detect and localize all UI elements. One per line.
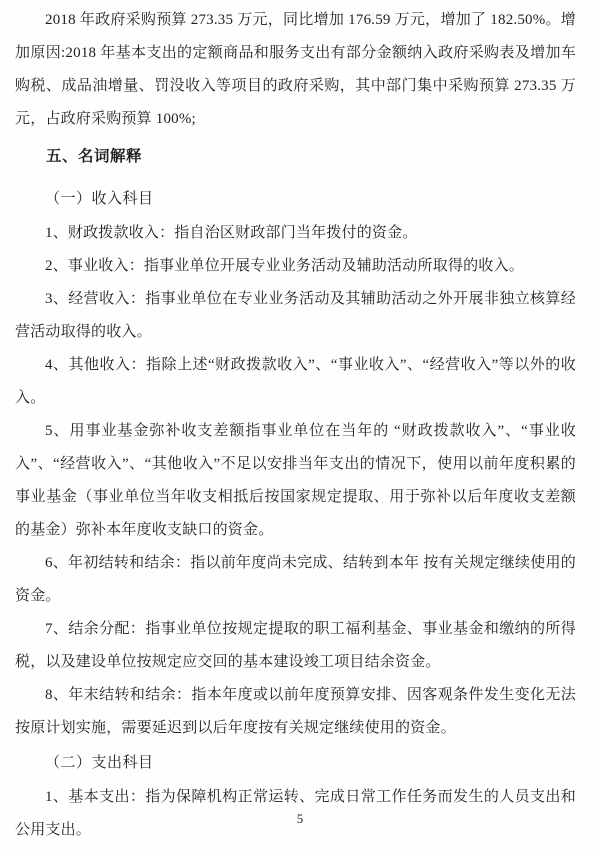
document-content: 2018 年政府采购预算 273.35 万元，同比增加 176.59 万元，增加… [15,4,576,847]
term-item-balance-distribution: 7、结余分配：指事业单位按规定提取的职工福利基金、事业基金和缴纳的所得税，以及建… [15,613,576,679]
term-item-year-end-carryover: 8、年末结转和结余：指本年度或以前年度预算安排、因客观条件发生变化无法按原计划实… [15,679,576,745]
expense-subjects-subheading: （二）支出科目 [15,745,576,781]
term-item-fiscal-appropriation-income: 1、财政拨款收入：指自治区财政部门当年拨付的资金。 [15,217,576,250]
section-heading-terms: 五、名词解释 [15,140,576,173]
term-item-other-income: 4、其他收入：指除上述“财政拨款收入”、“事业收入”、“经营收入”等以外的收入。 [15,349,576,415]
term-item-business-income: 3、经营收入：指事业单位在专业业务活动及其辅助活动之外开展非独立核算经营活动取得… [15,283,576,349]
page-number: 5 [0,811,600,826]
procurement-budget-paragraph: 2018 年政府采购预算 273.35 万元，同比增加 176.59 万元，增加… [15,4,576,136]
income-subjects-subheading: （一）收入科目 [15,181,576,217]
term-item-fund-balance-offset: 5、用事业基金弥补收支差额指事业单位在当年的 “财政拨款收入”、“事业收入”、“… [15,415,576,547]
term-item-operational-income: 2、事业收入：指事业单位开展专业业务活动及辅助活动所取得的收入。 [15,250,576,283]
term-item-beginning-year-carryover: 6、年初结转和结余：指以前年度尚未完成、结转到本年 按有关规定继续使用的资金。 [15,547,576,613]
document-page: 2018 年政府采购预算 273.35 万元，同比增加 176.59 万元，增加… [0,0,600,851]
